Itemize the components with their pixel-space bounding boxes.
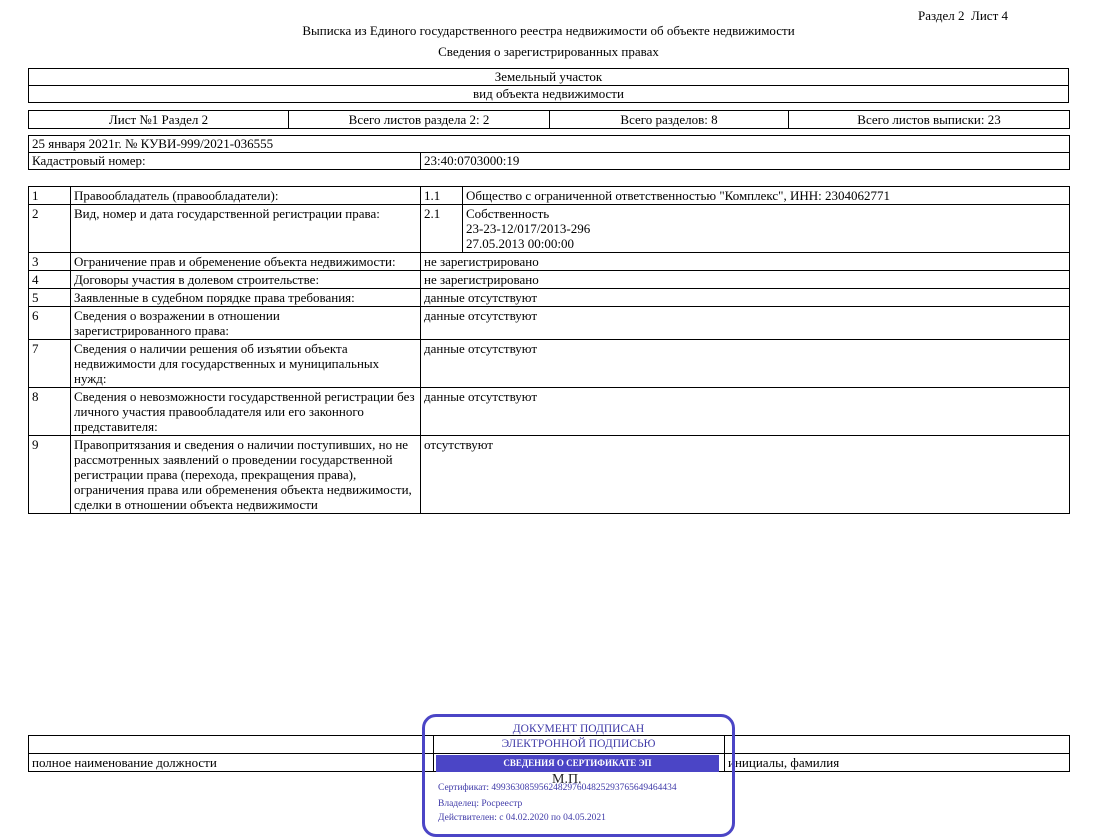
extract-date-number: 25 января 2021г. № КУВИ-999/2021-036555 — [29, 136, 1070, 153]
row-number: 2 — [29, 205, 71, 253]
name-field — [725, 736, 1070, 754]
certificate-owner: Владелец: Росреестр — [438, 799, 522, 809]
table-row: 7 Сведения о наличии решения об изъятии … — [29, 340, 1070, 388]
registration-table: 25 января 2021г. № КУВИ-999/2021-036555 … — [28, 135, 1070, 170]
sheet-info-table: Лист №1 Раздел 2 Всего листов раздела 2:… — [28, 110, 1070, 129]
name-caption: инициалы, фамилия — [725, 754, 1070, 772]
row-label: Ограничение прав и обременение объекта н… — [71, 253, 421, 271]
row-number: 6 — [29, 307, 71, 340]
row-number: 9 — [29, 436, 71, 514]
row-subnumber: 2.1 — [421, 205, 463, 253]
row-number: 7 — [29, 340, 71, 388]
row-subnumber: 1.1 — [421, 187, 463, 205]
row-value: данные отсутствуют — [421, 340, 1070, 388]
row-number: 5 — [29, 289, 71, 307]
row-value: Общество с ограниченной ответственностью… — [463, 187, 1070, 205]
row-value: данные отсутствуют — [421, 388, 1070, 436]
object-type-table: Земельный участок вид объекта недвижимос… — [28, 68, 1069, 103]
row-label: Правопритязания и сведения о наличии пос… — [71, 436, 421, 514]
table-row: 6 Сведения о возражении в отношении заре… — [29, 307, 1070, 340]
row-label: Заявленные в судебном порядке права треб… — [71, 289, 421, 307]
electronic-signature-stamp: ДОКУМЕНТ ПОДПИСАН ЭЛЕКТРОННОЙ ПОДПИСЬЮ С… — [422, 714, 735, 837]
right-type: Собственность — [466, 206, 1067, 221]
table-row: 4 Договоры участия в долевом строительст… — [29, 271, 1070, 289]
rights-table: 1 Правообладатель (правообладатели): 1.1… — [28, 186, 1070, 514]
row-label: Договоры участия в долевом строительстве… — [71, 271, 421, 289]
table-row: 9 Правопритязания и сведения о наличии п… — [29, 436, 1070, 514]
object-type-value: Земельный участок — [29, 69, 1069, 86]
cadastral-number: 23:40:0703000:19 — [421, 153, 1070, 170]
row-label-text: Сведения о наличии решения об изъятии об… — [74, 341, 409, 386]
row-label: Сведения о возражении в отношении зареги… — [71, 307, 421, 340]
row-label: Вид, номер и дата государственной регист… — [71, 205, 421, 253]
document-subtitle: Сведения о зарегистрированных правах — [0, 44, 1094, 60]
object-type-caption: вид объекта недвижимости — [29, 86, 1069, 103]
cadastral-label: Кадастровый номер: — [29, 153, 421, 170]
row-value: отсутствуют — [421, 436, 1070, 514]
row-number: 4 — [29, 271, 71, 289]
total-sheets: Всего листов выписки: 23 — [789, 111, 1070, 129]
stamp-heading-line1: ДОКУМЕНТ ПОДПИСАН — [425, 723, 732, 735]
position-field — [29, 736, 434, 754]
table-row: 2 Вид, номер и дата государственной реги… — [29, 205, 1070, 253]
certificate-info-bar: СВЕДЕНИЯ О СЕРТИФИКАТЕ ЭП — [436, 755, 719, 772]
row-value: не зарегистрировано — [421, 253, 1070, 271]
certificate-validity: Действителен: с 04.02.2020 по 04.05.2021 — [438, 813, 606, 823]
row-number: 8 — [29, 388, 71, 436]
table-row: 1 Правообладатель (правообладатели): 1.1… — [29, 187, 1070, 205]
table-row: 5 Заявленные в судебном порядке права тр… — [29, 289, 1070, 307]
row-label-text: Сведения о возражении в отношении зареги… — [74, 308, 314, 338]
section-sheets-count: Всего листов раздела 2: 2 — [289, 111, 550, 129]
row-label: Сведения о наличии решения об изъятии об… — [71, 340, 421, 388]
position-caption: полное наименование должности — [29, 754, 434, 772]
row-value: не зарегистрировано — [421, 271, 1070, 289]
registration-date: 27.05.2013 00:00:00 — [466, 236, 1067, 251]
row-number: 1 — [29, 187, 71, 205]
row-value: данные отсутствуют — [421, 307, 1070, 340]
registration-number: 23-23-12/017/2013-296 — [466, 221, 1067, 236]
table-row: 8 Сведения о невозможности государственн… — [29, 388, 1070, 436]
row-number: 3 — [29, 253, 71, 271]
table-row: 3 Ограничение прав и обременение объекта… — [29, 253, 1070, 271]
row-value: данные отсутствуют — [421, 289, 1070, 307]
row-label: Правообладатель (правообладатели): — [71, 187, 421, 205]
row-label: Сведения о невозможности государственной… — [71, 388, 421, 436]
certificate-number: Сертификат: 4993630859562482976048252937… — [438, 783, 677, 793]
row-value: Собственность 23-23-12/017/2013-296 27.0… — [463, 205, 1070, 253]
page-reference: Раздел 2 Лист 4 — [918, 8, 1008, 24]
stamp-heading-line2: ЭЛЕКТРОННОЙ ПОДПИСЬЮ — [425, 738, 732, 750]
document-title: Выписка из Единого государственного реес… — [0, 23, 1094, 39]
total-sections: Всего разделов: 8 — [550, 111, 789, 129]
sheet-number: Лист №1 Раздел 2 — [29, 111, 289, 129]
